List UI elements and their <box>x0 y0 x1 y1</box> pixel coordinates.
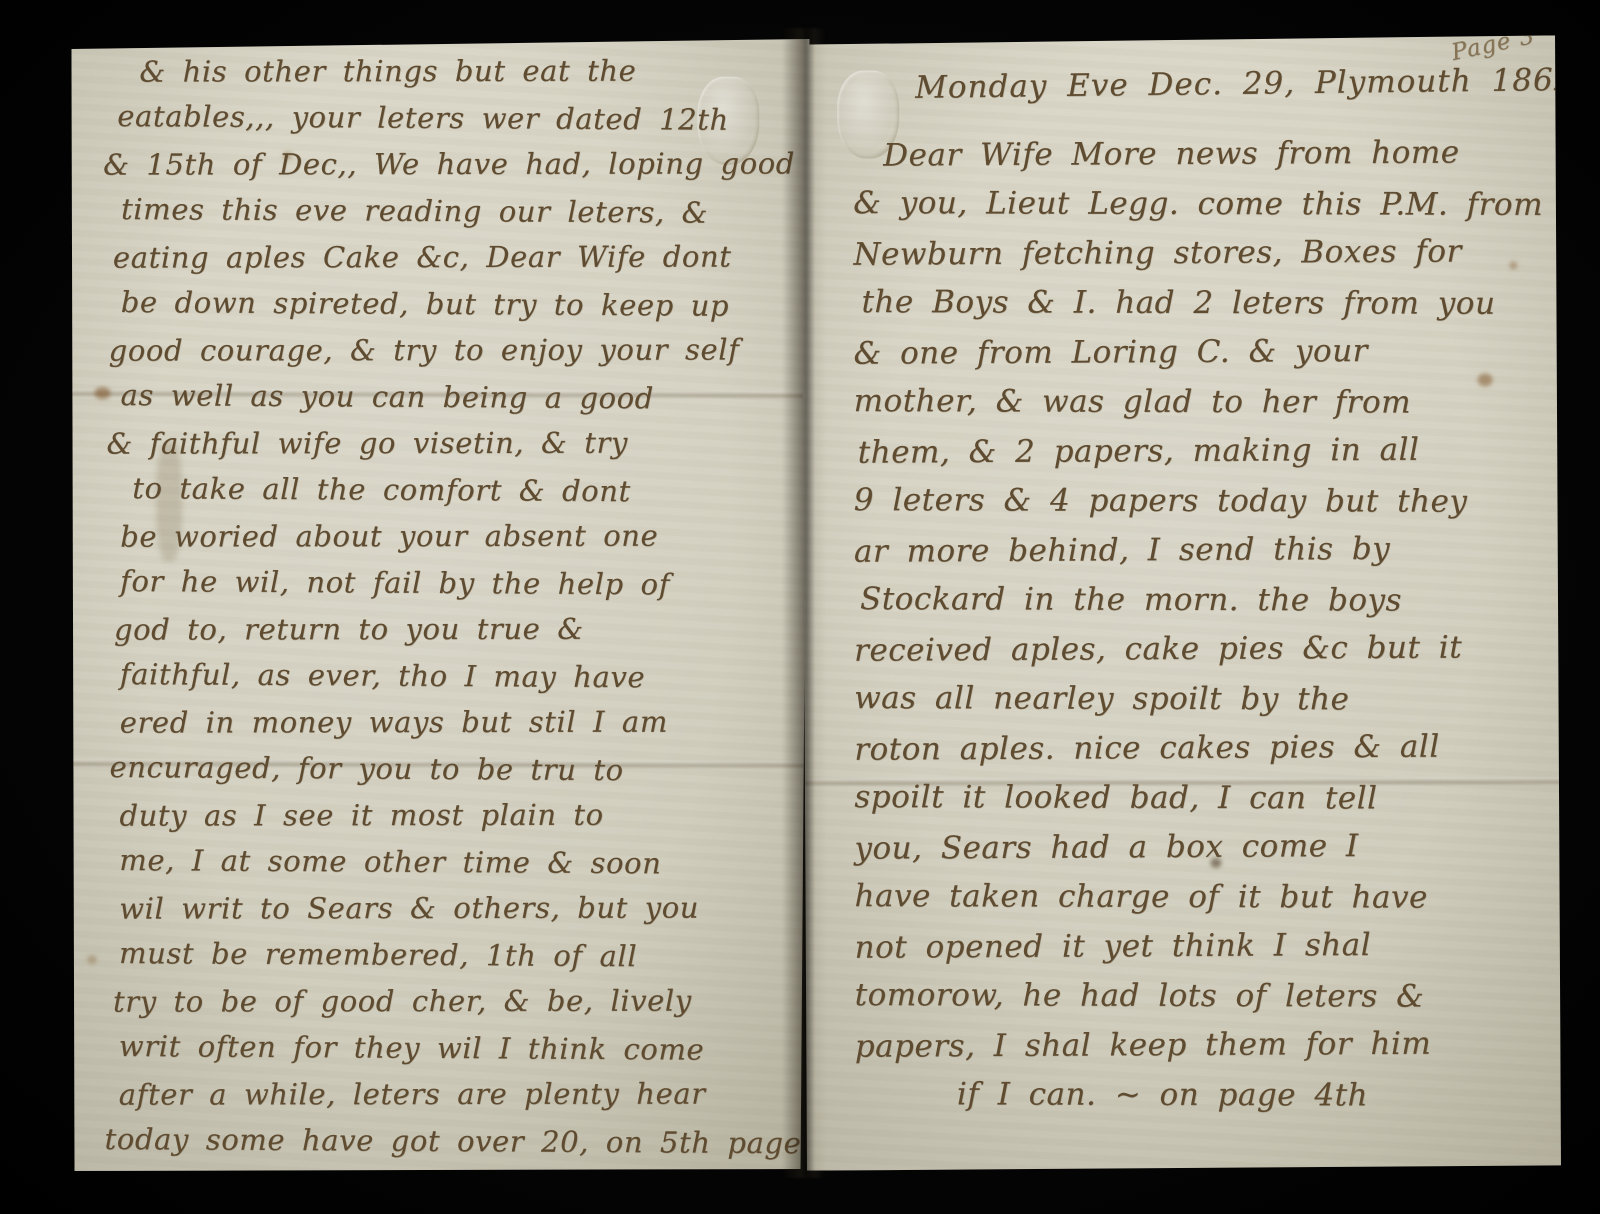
handwritten-line: 9 leters & 4 papers today but they <box>828 476 1558 527</box>
handwritten-line: if I can. ~ on page 4th <box>829 1070 1559 1121</box>
handwritten-line: god to, return to you true & <box>90 605 806 653</box>
handwritten-line: tomorow, he had lots of leters & <box>829 971 1559 1022</box>
handwritten-line: good courage, & try to enjoy your self <box>91 326 807 374</box>
handwritten-line: not opened it yet think I shal <box>828 920 1558 973</box>
handwritten-line: & one from Loring C. & your <box>827 326 1557 379</box>
handwritten-line: & you, Lieut Legg. come this P.M. from <box>827 179 1557 230</box>
handwritten-line: encuraged, for you to be tru to <box>89 743 805 794</box>
handwritten-line: mother, & was glad to her from <box>828 377 1558 428</box>
handwritten-line: & faithful wife go visetin, & try <box>90 419 806 467</box>
handwritten-line: me, I at some other time & soon <box>89 836 805 887</box>
handwritten-line: received aples, cake pies &c but it <box>828 623 1558 676</box>
handwritten-line: today some have got over 20, on 5th page <box>88 1115 804 1166</box>
handwritten-line: you, Sears had a box come I <box>828 821 1558 874</box>
handwritten-line: for he wil, not fail by the help of <box>90 557 806 608</box>
handwritten-line: as well as you can being a good <box>90 371 806 422</box>
handwritten-line: papers, I shal keep them for him <box>829 1019 1559 1072</box>
handwritten-line: have taken charge of it but have <box>828 872 1558 923</box>
handwritten-line: Stockard in the morn. the boys <box>828 575 1558 626</box>
handwritten-line: & his other things but eat the <box>91 47 807 95</box>
handwritten-line: Newburn fetching stores, Boxes for <box>827 227 1557 280</box>
handwritten-line: after a while, leters are plenty hear <box>89 1070 805 1118</box>
handwritten-line: ar more behind, I send this by <box>828 524 1558 577</box>
handwritten-line: them, & 2 papers, making in all <box>828 425 1558 478</box>
handwritten-line: spoilt it looked bad, I can tell <box>828 773 1558 824</box>
right-page-text: Dear Wife More news from home& you, Lieu… <box>827 129 1559 1120</box>
handwritten-line: be down spireted, but try to keep up <box>91 278 807 329</box>
left-page-text: & his other things but eat theeatables,,… <box>89 47 808 1165</box>
handwritten-line: Dear Wife More news from home <box>827 128 1557 181</box>
letter-photograph: & his other things but eat theeatables,,… <box>0 0 1600 1214</box>
handwritten-line: roton aples. nice cakes pies & all <box>828 722 1558 775</box>
handwritten-line: faithful, as ever, tho I may have <box>90 650 806 701</box>
handwritten-line: duty as I see it most plain to <box>89 791 805 839</box>
handwritten-line: try to be of good cher, & be, lively <box>89 977 805 1025</box>
handwritten-line: the Boys & I. had 2 leters from you <box>827 278 1557 329</box>
handwritten-line: eatables,,, your leters wer dated 12th <box>91 92 807 143</box>
handwritten-line: & 15th of Dec,, We have had, loping good <box>91 140 807 188</box>
handwritten-line: to take all the comfort & dont <box>90 464 806 515</box>
handwritten-line: times this eve reading our leters, & <box>91 185 807 236</box>
handwritten-line: was all nearley spoilt by the <box>828 674 1558 725</box>
letter-page-left: & his other things but eat theeatables,,… <box>59 33 814 1177</box>
handwritten-line: writ often for they wil I think come <box>89 1022 805 1073</box>
handwritten-line: wil writ to Sears & others, but you <box>89 884 805 932</box>
handwritten-line: must be remembered, 1th of all <box>89 929 805 980</box>
letter-page-right: Page 3 Monday Eve Dec. 29, Plymouth 1862… <box>797 25 1563 1174</box>
handwritten-line: ered in money ways but stil I am <box>90 698 806 746</box>
handwritten-line: be woried about your absent one <box>90 512 806 560</box>
handwritten-line: eating aples Cake &c, Dear Wife dont <box>91 233 807 281</box>
